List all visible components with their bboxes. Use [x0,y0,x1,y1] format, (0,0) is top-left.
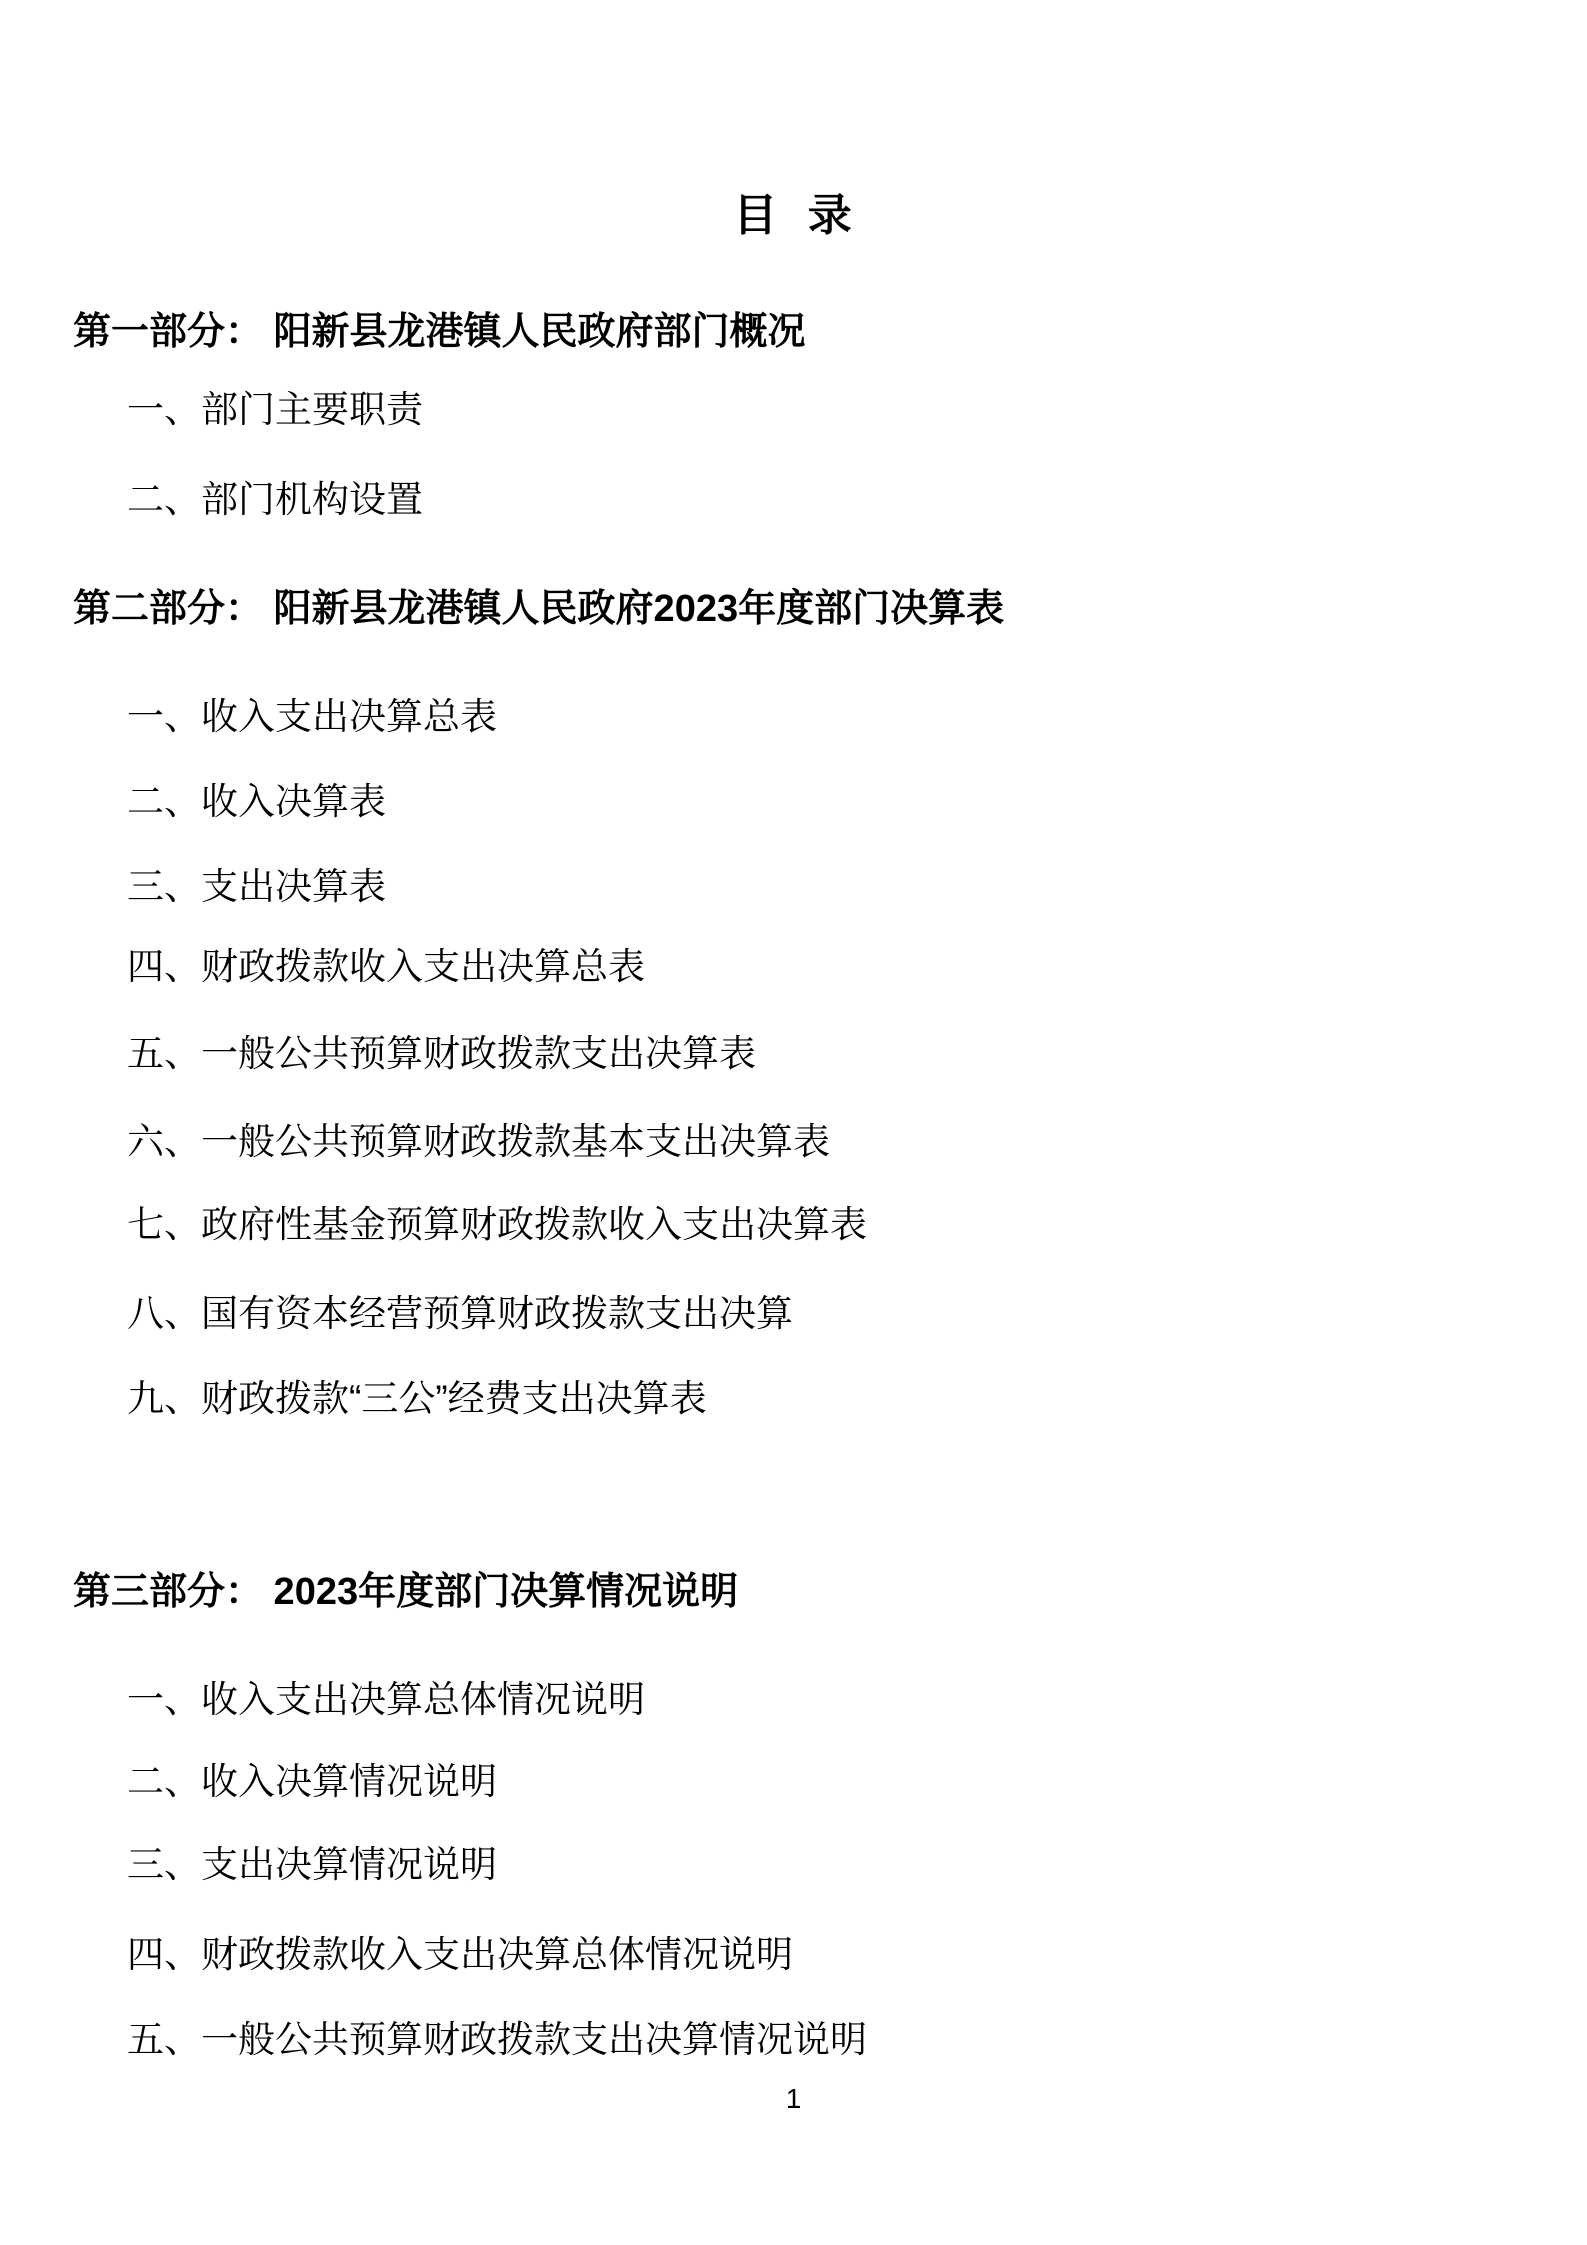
section-2-heading: 第二部分： 阳新县龙港镇人民政府2023年度部门决算表 [73,588,1004,632]
document-page: 目 录 第一部分： 阳新县龙港镇人民政府部门概况 一、部门主要职责 二、部门机构… [0,0,1587,2245]
toc-item: 二、收入决算情况说明 [127,1761,497,1804]
toc-item: 九、财政拨款“三公”经费支出决算表 [127,1378,707,1421]
toc-item: 一、收入支出决算总表 [127,696,497,739]
toc-item: 五、一般公共预算财政拨款支出决算情况说明 [127,2019,867,2062]
toc-item: 一、部门主要职责 [127,389,423,432]
toc-item: 五、一般公共预算财政拨款支出决算表 [127,1033,756,1076]
page-number: 1 [0,2084,1587,2115]
toc-item: 四、财政拨款收入支出决算总表 [127,946,645,989]
toc-item: 四、财政拨款收入支出决算总体情况说明 [127,1934,793,1977]
toc-item: 八、国有资本经营预算财政拨款支出决算 [127,1293,793,1336]
toc-item: 二、部门机构设置 [127,479,423,522]
toc-item: 三、支出决算情况说明 [127,1844,497,1887]
section-1-heading: 第一部分： 阳新县龙港镇人民政府部门概况 [73,311,806,355]
toc-item: 一、收入支出决算总体情况说明 [127,1679,645,1722]
section-3-heading: 第三部分： 2023年度部门决算情况说明 [73,1571,738,1615]
toc-item: 七、政府性基金预算财政拨款收入支出决算表 [127,1204,867,1247]
toc-item: 二、收入决算表 [127,781,386,824]
toc-item: 三、支出决算表 [127,866,386,909]
page-title: 目 录 [0,192,1587,240]
toc-item: 六、一般公共预算财政拨款基本支出决算表 [127,1121,830,1164]
